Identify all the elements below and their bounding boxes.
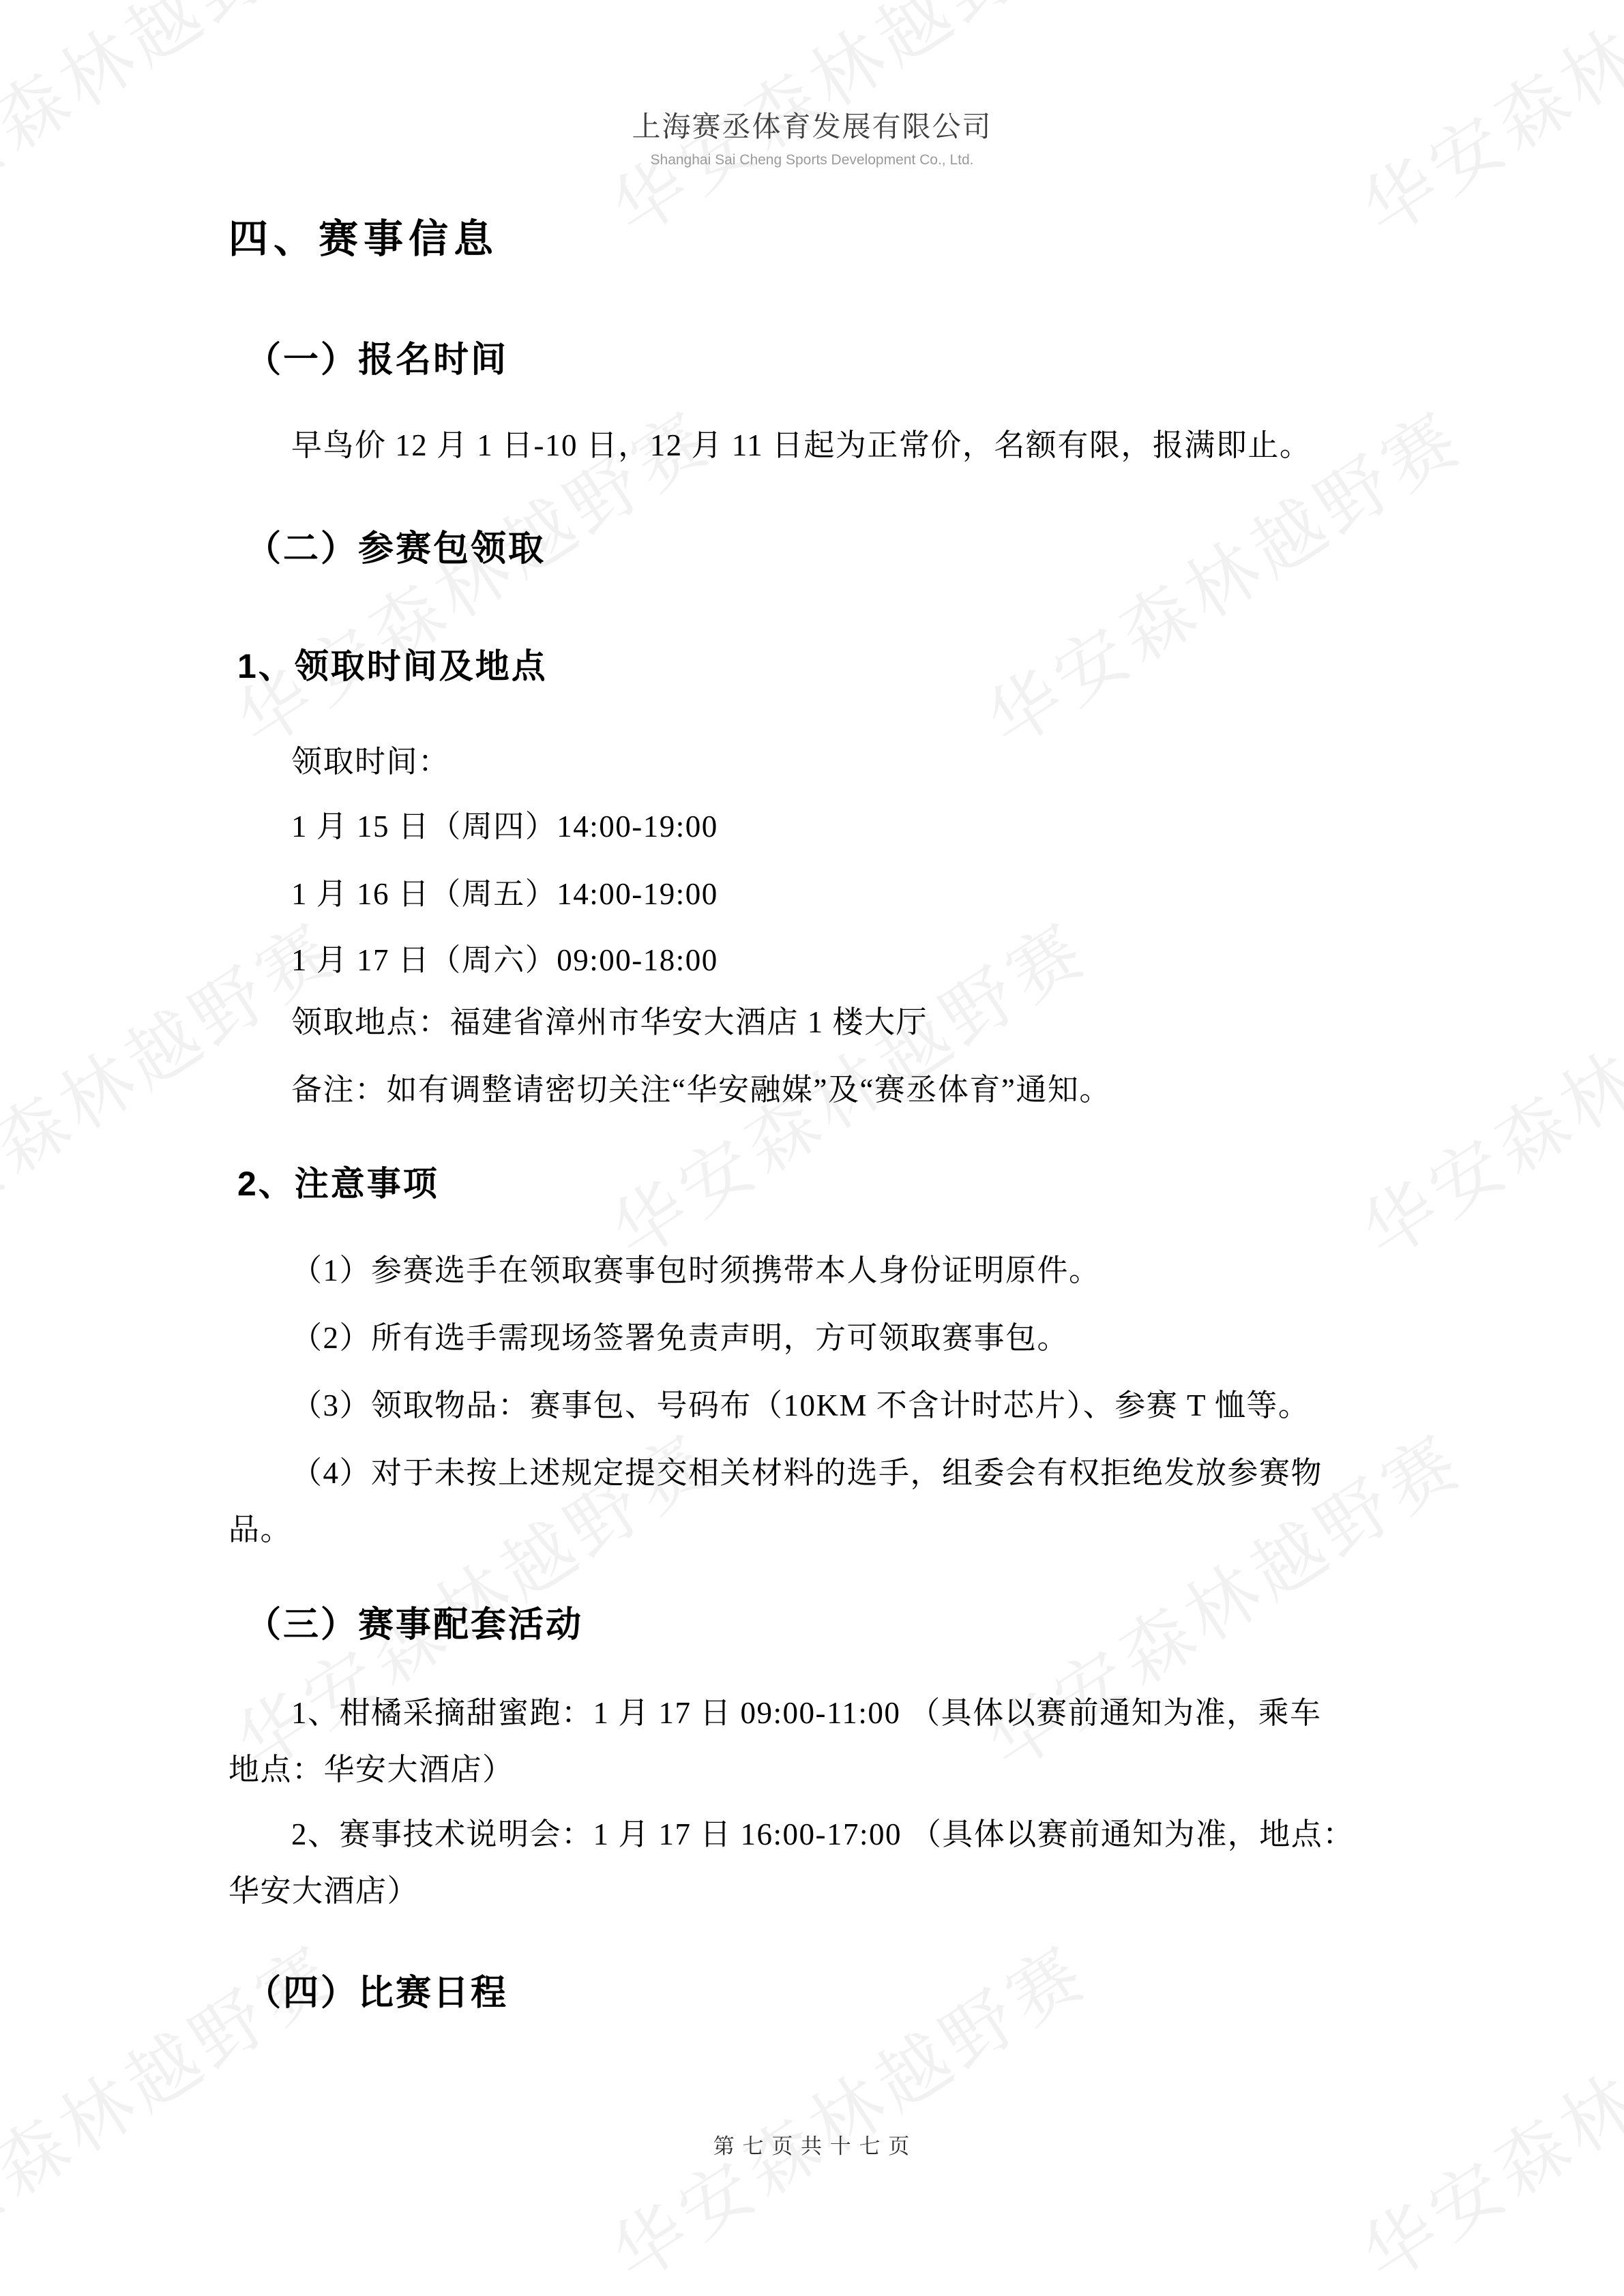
- side-event-item-1-line-1: 1、柑橘采摘甜蜜跑：1 月 17 日 09:00-11:00 （具体以赛前通知为…: [228, 1685, 1357, 1742]
- paragraph-pickup-time-label: 领取时间：: [228, 734, 1357, 790]
- side-event-item-2: 2、赛事技术说明会：1 月 17 日 16:00-17:00 （具体以赛前通知为…: [228, 1806, 1357, 1920]
- subsection-title-notices: 2、注意事项: [237, 1163, 1357, 1204]
- notice-item-2: （2）所有选手需现场签署免责声明，方可领取赛事包。: [228, 1310, 1357, 1367]
- paragraph-early-bird: 早鸟价 12 月 1 日-10 日，12 月 11 日起为正常价，名额有限，报满…: [228, 417, 1357, 474]
- section-title-main: 四、赛事信息: [228, 215, 1357, 263]
- document-body: 四、赛事信息 （一）报名时间 早鸟价 12 月 1 日-10 日，12 月 11…: [228, 0, 1357, 2015]
- section-title-race-schedule: （四）比赛日程: [246, 1971, 1357, 2015]
- paragraph-pickup-time-1: 1 月 15 日（周四）14:00-19:00: [228, 799, 1357, 855]
- side-event-item-1: 1、柑橘采摘甜蜜跑：1 月 17 日 09:00-11:00 （具体以赛前通知为…: [228, 1685, 1357, 1798]
- paragraph-pickup-note: 备注：如有调整请密切关注“华安融媒”及“赛丞体育”通知。: [228, 1062, 1357, 1118]
- notice-item-3: （3）领取物品：赛事包、号码布（10KM 不含计时芯片）、参赛 T 恤等。: [228, 1377, 1357, 1434]
- notice-item-4-line-2: 品。: [228, 1502, 1357, 1558]
- document-page: 华安森林越野赛 华安森林越野赛 华安森林越野赛 华安森林越野赛 华安森林越野赛 …: [0, 0, 1624, 2296]
- section-title-race-pack-pickup: （二）参赛包领取: [246, 527, 1357, 571]
- side-event-item-2-line-1: 2、赛事技术说明会：1 月 17 日 16:00-17:00 （具体以赛前通知为…: [228, 1806, 1357, 1863]
- notice-item-4-line-1: （4）对于未按上述规定提交相关材料的选手，组委会有权拒绝发放参赛物: [228, 1445, 1357, 1502]
- subsection-title-pickup-time-place: 1、领取时间及地点: [237, 646, 1357, 687]
- watermark-text: 华安森林越野赛: [1347, 1927, 1624, 2296]
- section-title-registration-time: （一）报名时间: [246, 338, 1357, 382]
- page-footer: 第 七 页 共 十 七 页: [0, 2129, 1624, 2160]
- notice-item-4: （4）对于未按上述规定提交相关材料的选手，组委会有权拒绝发放参赛物 品。: [228, 1445, 1357, 1558]
- paragraph-pickup-time-3: 1 月 17 日（周六）09:00-18:00: [228, 932, 1357, 989]
- section-title-side-events: （三）赛事配套活动: [246, 1603, 1357, 1647]
- watermark-text: 华安森林越野赛: [1347, 904, 1624, 1277]
- paragraph-pickup-time-2: 1 月 16 日（周五）14:00-19:00: [228, 866, 1357, 923]
- side-event-item-2-line-2: 华安大酒店）: [228, 1863, 1357, 1920]
- paragraph-pickup-place: 领取地点：福建省漳州市华安大酒店 1 楼大厅: [228, 994, 1357, 1051]
- notice-item-1: （1）参赛选手在领取赛事包时须携带本人身份证明原件。: [228, 1242, 1357, 1299]
- side-event-item-1-line-2: 地点：华安大酒店）: [228, 1742, 1357, 1798]
